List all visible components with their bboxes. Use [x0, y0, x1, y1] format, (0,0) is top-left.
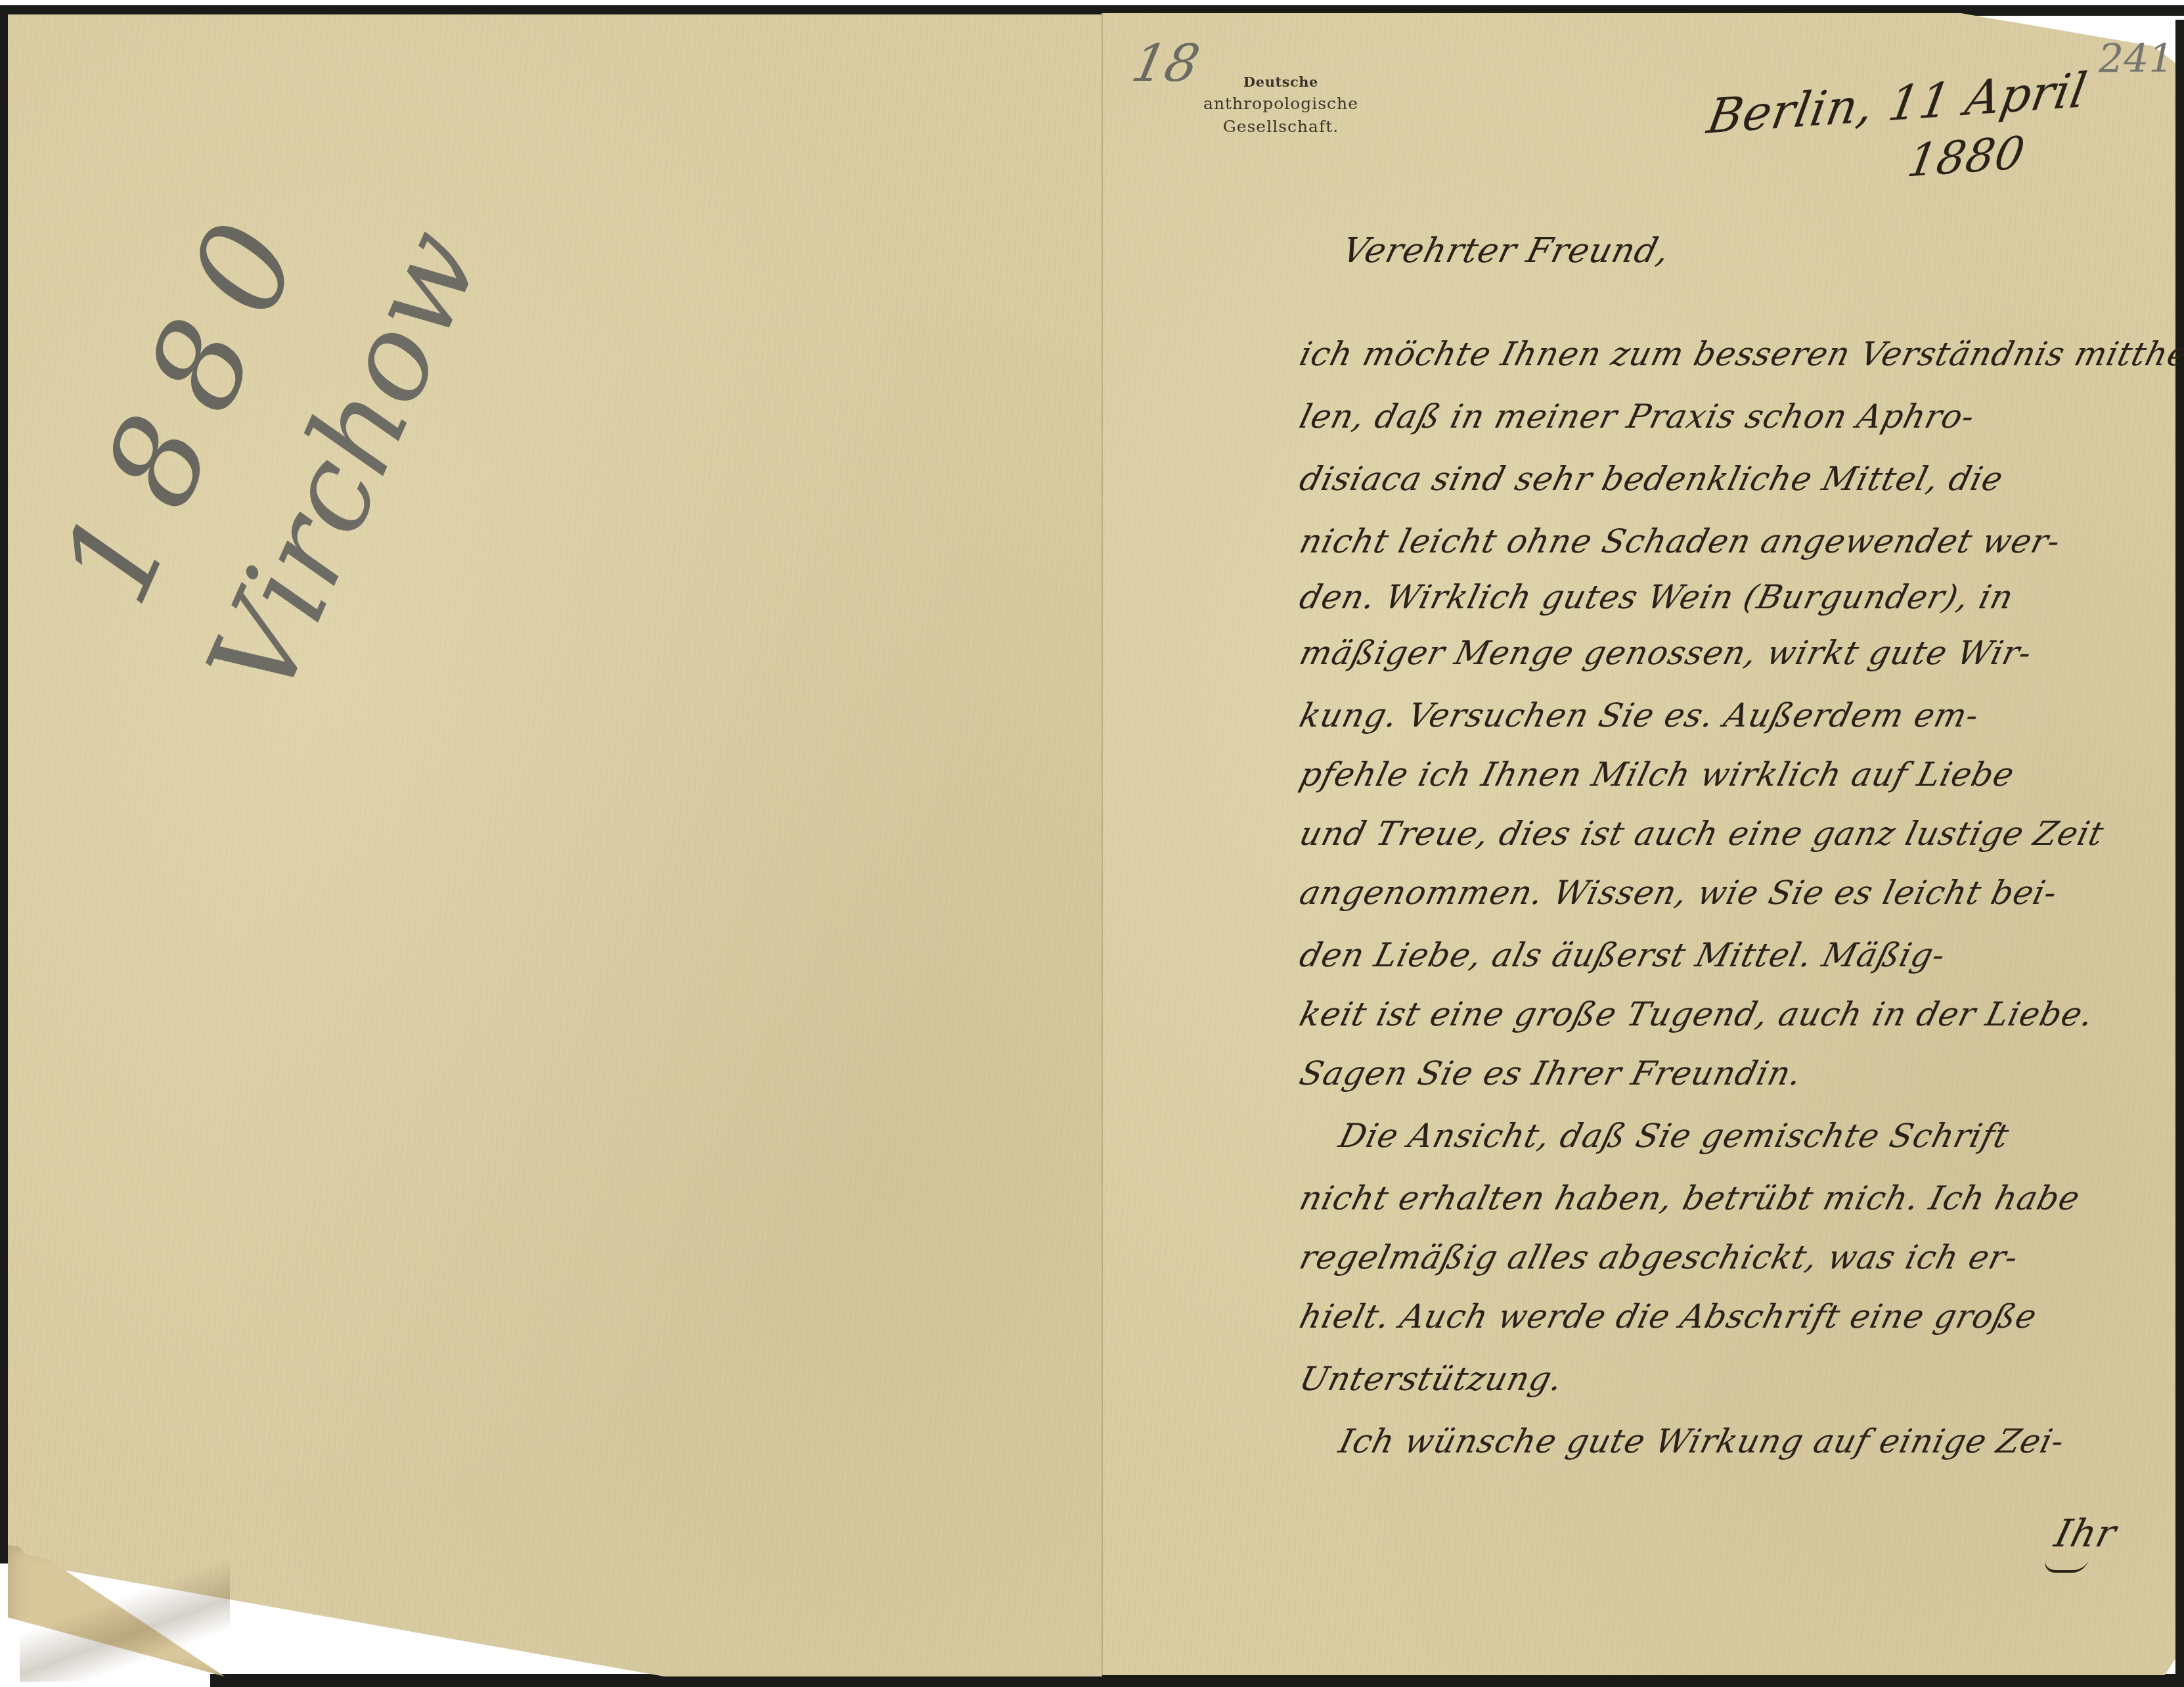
- letter-line: und Treue, dies ist auch eine ganz lusti…: [1296, 815, 2108, 853]
- letterhead: Deutsche anthropologische Gesellschaft.: [1176, 72, 1386, 138]
- letter-line: nicht leicht ohne Schaden angewendet wer…: [1296, 522, 2065, 560]
- letter-line: hielt. Auch werde die Abschrift eine gro…: [1296, 1297, 2041, 1336]
- letter-line: len, daß in meiner Praxis schon Aphro-: [1296, 397, 1979, 436]
- salutation: Verehrter Freund,: [1339, 231, 1674, 271]
- letter-line: ich möchte Ihnen zum besseren Verständni…: [1296, 335, 2184, 373]
- letter-line: Ich wünsche gute Wirkung auf einige Zei-: [1335, 1422, 2069, 1460]
- page-fold: [1102, 13, 1103, 1675]
- letter-line: pfehle ich Ihnen Milch wirklich auf Lieb…: [1296, 755, 2018, 794]
- scanner-edge-right: [2175, 20, 2184, 1687]
- letter-line: mäßiger Menge genossen, wirkt gute Wir-: [1296, 634, 2036, 672]
- letterhead-line-1: Deutsche: [1176, 72, 1386, 92]
- letterhead-line-3: Gesellschaft.: [1176, 116, 1386, 138]
- letter-line: kung. Versuchen Sie es. Außerdem em-: [1296, 696, 1983, 734]
- letterhead-line-2: anthropologische: [1176, 92, 1386, 116]
- closing-mark: Ihr: [2051, 1511, 2122, 1556]
- scanner-edge-left: [0, 7, 8, 1563]
- letter-line: Unterstützung.: [1296, 1360, 1567, 1398]
- letter-line: Die Ansicht, daß Sie gemischte Schrift: [1335, 1117, 2013, 1155]
- letter-line: keit ist eine große Tugend, auch in der …: [1296, 995, 2098, 1033]
- letter-line: den. Wirklich gutes Wein (Burgunder), in: [1296, 578, 2018, 616]
- letter-line: regelmäßig alles abgeschickt, was ich er…: [1296, 1238, 2022, 1276]
- letter-line: den Liebe, als äußerst Mittel. Mäßig-: [1296, 936, 1950, 974]
- folio-number: 241: [2099, 36, 2174, 82]
- scanner-edge-bottom: [210, 1674, 2184, 1687]
- letter-line: nicht erhalten haben, betrübt mich. Ich …: [1296, 1179, 2084, 1217]
- letter-line: Sagen Sie es Ihrer Freundin.: [1296, 1054, 1806, 1092]
- letter-line: disiaca sind sehr bedenkliche Mittel, di…: [1296, 460, 2007, 498]
- letter-line: angenommen. Wissen, wie Sie es leicht be…: [1296, 874, 2062, 912]
- date-year: 1880: [1904, 127, 2029, 188]
